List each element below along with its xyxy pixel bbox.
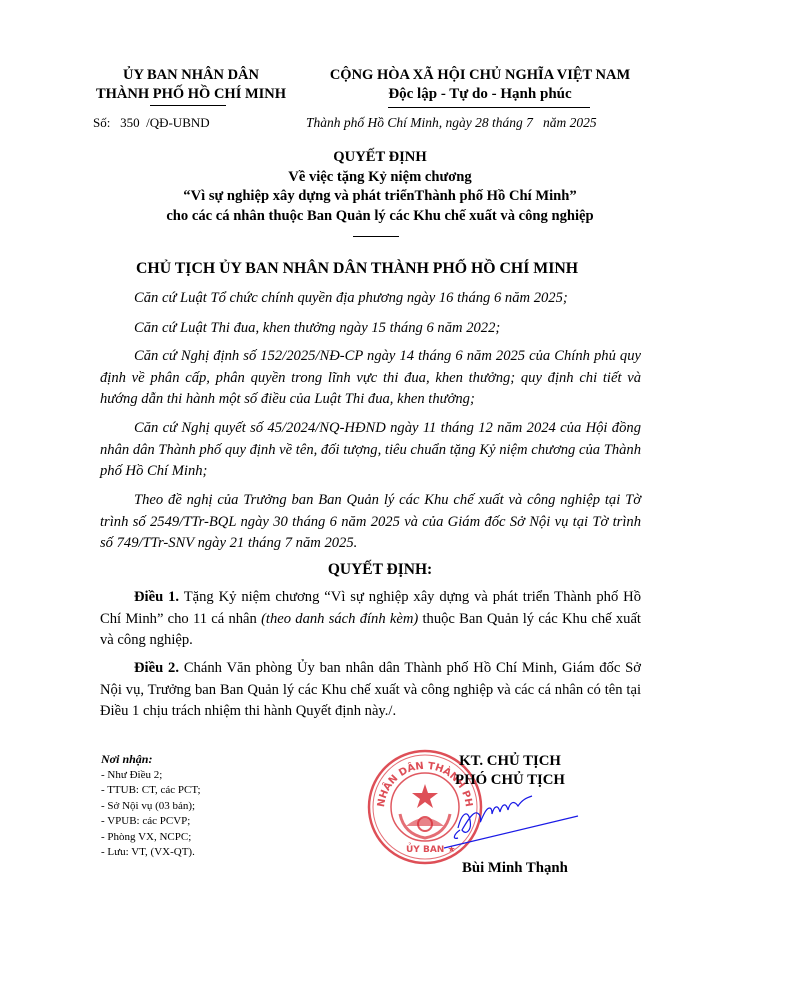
issuer-line2: THÀNH PHỐ HỒ CHÍ MINH xyxy=(88,85,294,104)
motto: Độc lập - Tự do - Hạnh phúc xyxy=(300,85,660,104)
nation-name: CỘNG HÒA XÃ HỘI CHỦ NGHĨA VIỆT NAM xyxy=(300,66,660,85)
article-2-text: Chánh Văn phòng Ủy ban nhân dân Thành ph… xyxy=(100,660,641,719)
signature-title-block: KT. CHỦ TỊCH PHÓ CHỦ TỊCH xyxy=(430,752,590,790)
basis-4: Căn cứ Nghị quyết số 45/2024/NQ-HĐND ngà… xyxy=(100,418,641,483)
number-label: Số: xyxy=(93,115,110,130)
article-1-text-italic: (theo danh sách đính kèm) xyxy=(261,611,418,627)
number-suffix: /QĐ-UBND xyxy=(146,115,210,130)
document-number: Số: 350 /QĐ-UBND xyxy=(93,115,210,131)
national-motto-block: CỘNG HÒA XÃ HỘI CHỦ NGHĨA VIỆT NAM Độc l… xyxy=(300,66,660,104)
title-sub1: Về việc tặng Kỷ niệm chương xyxy=(100,168,660,188)
title-block: QUYẾT ĐỊNH Về việc tặng Kỷ niệm chương “… xyxy=(100,148,660,226)
article-2: Điều 2. Chánh Văn phòng Ủy ban nhân dân … xyxy=(100,658,641,723)
basis-3: Căn cứ Nghị định số 152/2025/NĐ-CP ngày … xyxy=(100,346,641,411)
signature-line2: PHÓ CHỦ TỊCH xyxy=(430,771,590,790)
article-2-label: Điều 2. xyxy=(134,660,179,676)
decision-title: QUYẾT ĐỊNH xyxy=(100,148,660,168)
recipient-item: - TTUB: CT, các PCT; xyxy=(101,783,321,799)
issuer-underline xyxy=(150,105,226,106)
issuer-block: ỦY BAN NHÂN DÂN THÀNH PHỐ HỒ CHÍ MINH xyxy=(88,66,294,104)
recipient-item: - Như Điều 2; xyxy=(101,768,321,784)
title-sub3: cho các cá nhân thuộc Ban Quản lý các Kh… xyxy=(100,207,660,227)
basis-2: Căn cứ Luật Thi đua, khen thưởng ngày 15… xyxy=(100,318,641,340)
recipients-title: Nơi nhận: xyxy=(101,752,321,768)
recipient-item: - Sở Nội vụ (03 bản); xyxy=(101,799,321,815)
article-1: Điều 1. Tặng Kỷ niệm chương “Vì sự nghiệ… xyxy=(100,587,641,652)
issuer-line1: ỦY BAN NHÂN DÂN xyxy=(88,66,294,85)
recipients-block: Nơi nhận: - Như Điều 2; - TTUB: CT, các … xyxy=(101,752,321,861)
number-value: 350 xyxy=(120,115,140,130)
title-divider xyxy=(353,236,399,237)
signature-line1: KT. CHỦ TỊCH xyxy=(430,752,590,771)
authority-heading: CHỦ TỊCH ỦY BAN NHÂN DÂN THÀNH PHỐ HỒ CH… xyxy=(136,260,578,278)
signer-name: Bùi Minh Thạnh xyxy=(462,860,568,877)
motto-underline xyxy=(388,107,590,108)
article-1-label: Điều 1. xyxy=(134,589,179,605)
place-date: Thành phố Hồ Chí Minh, ngày 28 tháng 7 n… xyxy=(306,115,597,131)
decision-heading: QUYẾT ĐỊNH: xyxy=(100,561,660,579)
recipient-item: - VPUB: các PCVP; xyxy=(101,814,321,830)
basis-1: Căn cứ Luật Tổ chức chính quyền địa phươ… xyxy=(100,288,641,310)
basis-5: Theo đề nghị của Trưởng ban Ban Quản lý … xyxy=(100,490,641,555)
title-sub2: “Vì sự nghiệp xây dựng và phát triểnThàn… xyxy=(100,187,660,207)
handwritten-signature-icon xyxy=(440,790,580,860)
recipient-item: - Phòng VX, NCPC; xyxy=(101,830,321,846)
recipient-item: - Lưu: VT, (VX-QT). xyxy=(101,845,321,861)
